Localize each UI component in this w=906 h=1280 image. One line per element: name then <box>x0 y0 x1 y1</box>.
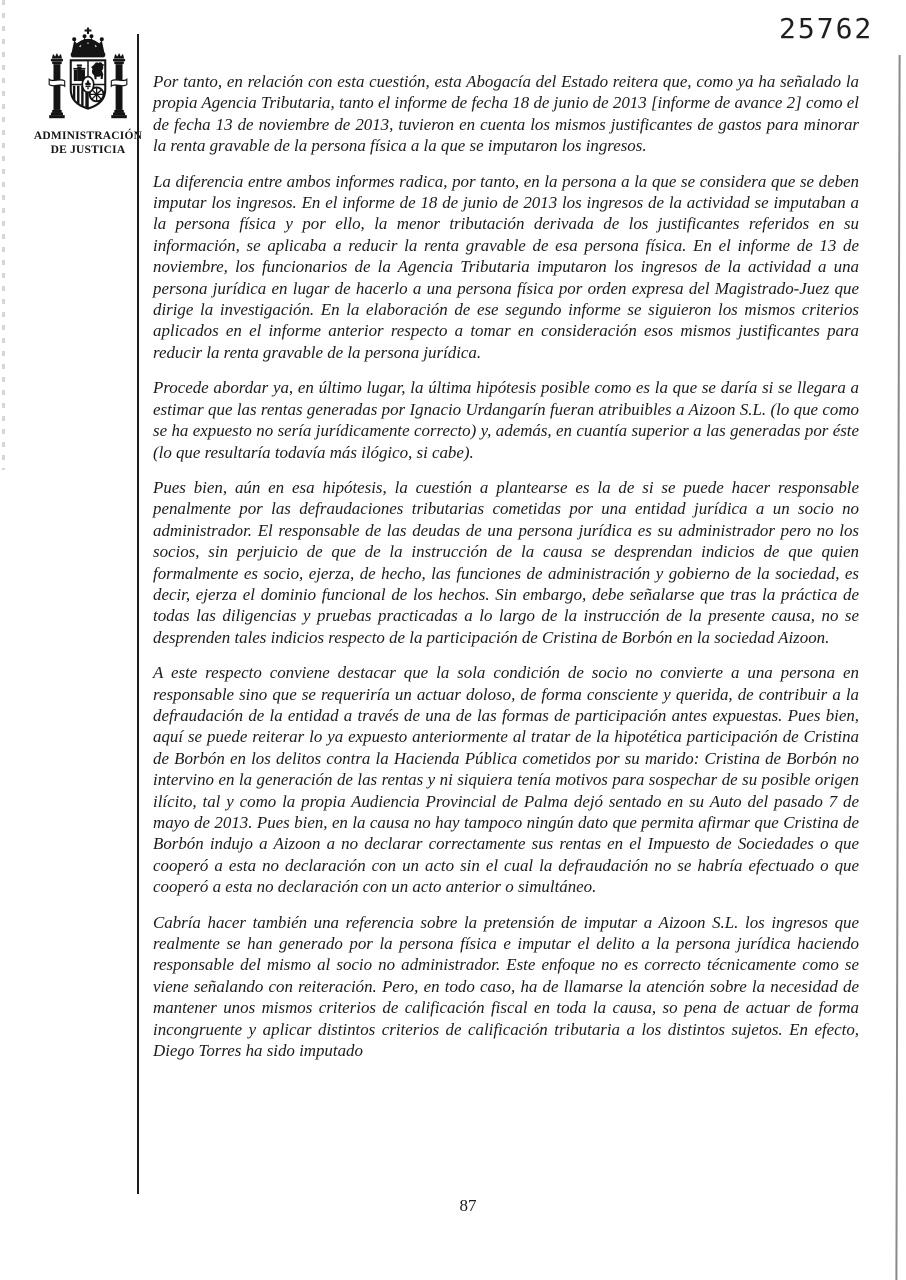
paragraph-2: La diferencia entre ambos informes radic… <box>153 171 859 364</box>
paragraph-3: Procede abordar ya, en último lugar, la … <box>153 377 859 463</box>
scan-edge-artifact-right <box>895 55 900 1280</box>
org-name-line1: ADMINISTRACIÓN <box>8 129 168 143</box>
paragraph-6: Cabría hacer también una referencia sobr… <box>153 912 859 1062</box>
scanned-legal-document-page: 25762 <box>0 0 906 1280</box>
paragraph-1: Por tanto, en relación con esta cuestión… <box>153 71 859 157</box>
org-name: ADMINISTRACIÓN DE JUSTICIA <box>8 129 168 157</box>
scan-edge-artifact-left <box>2 0 5 470</box>
margin-rule <box>137 34 139 1194</box>
stamp-number: 25762 <box>779 12 873 45</box>
spanish-coat-of-arms-icon <box>44 26 132 124</box>
org-name-line2: DE JUSTICIA <box>8 143 168 157</box>
document-body: Por tanto, en relación con esta cuestión… <box>153 71 859 1075</box>
page-number: 87 <box>418 1196 518 1216</box>
sidebar: ADMINISTRACIÓN DE JUSTICIA <box>0 0 137 1280</box>
paragraph-4: Pues bien, aún en esa hipótesis, la cues… <box>153 477 859 648</box>
paragraph-5: A este respecto conviene destacar que la… <box>153 662 859 897</box>
